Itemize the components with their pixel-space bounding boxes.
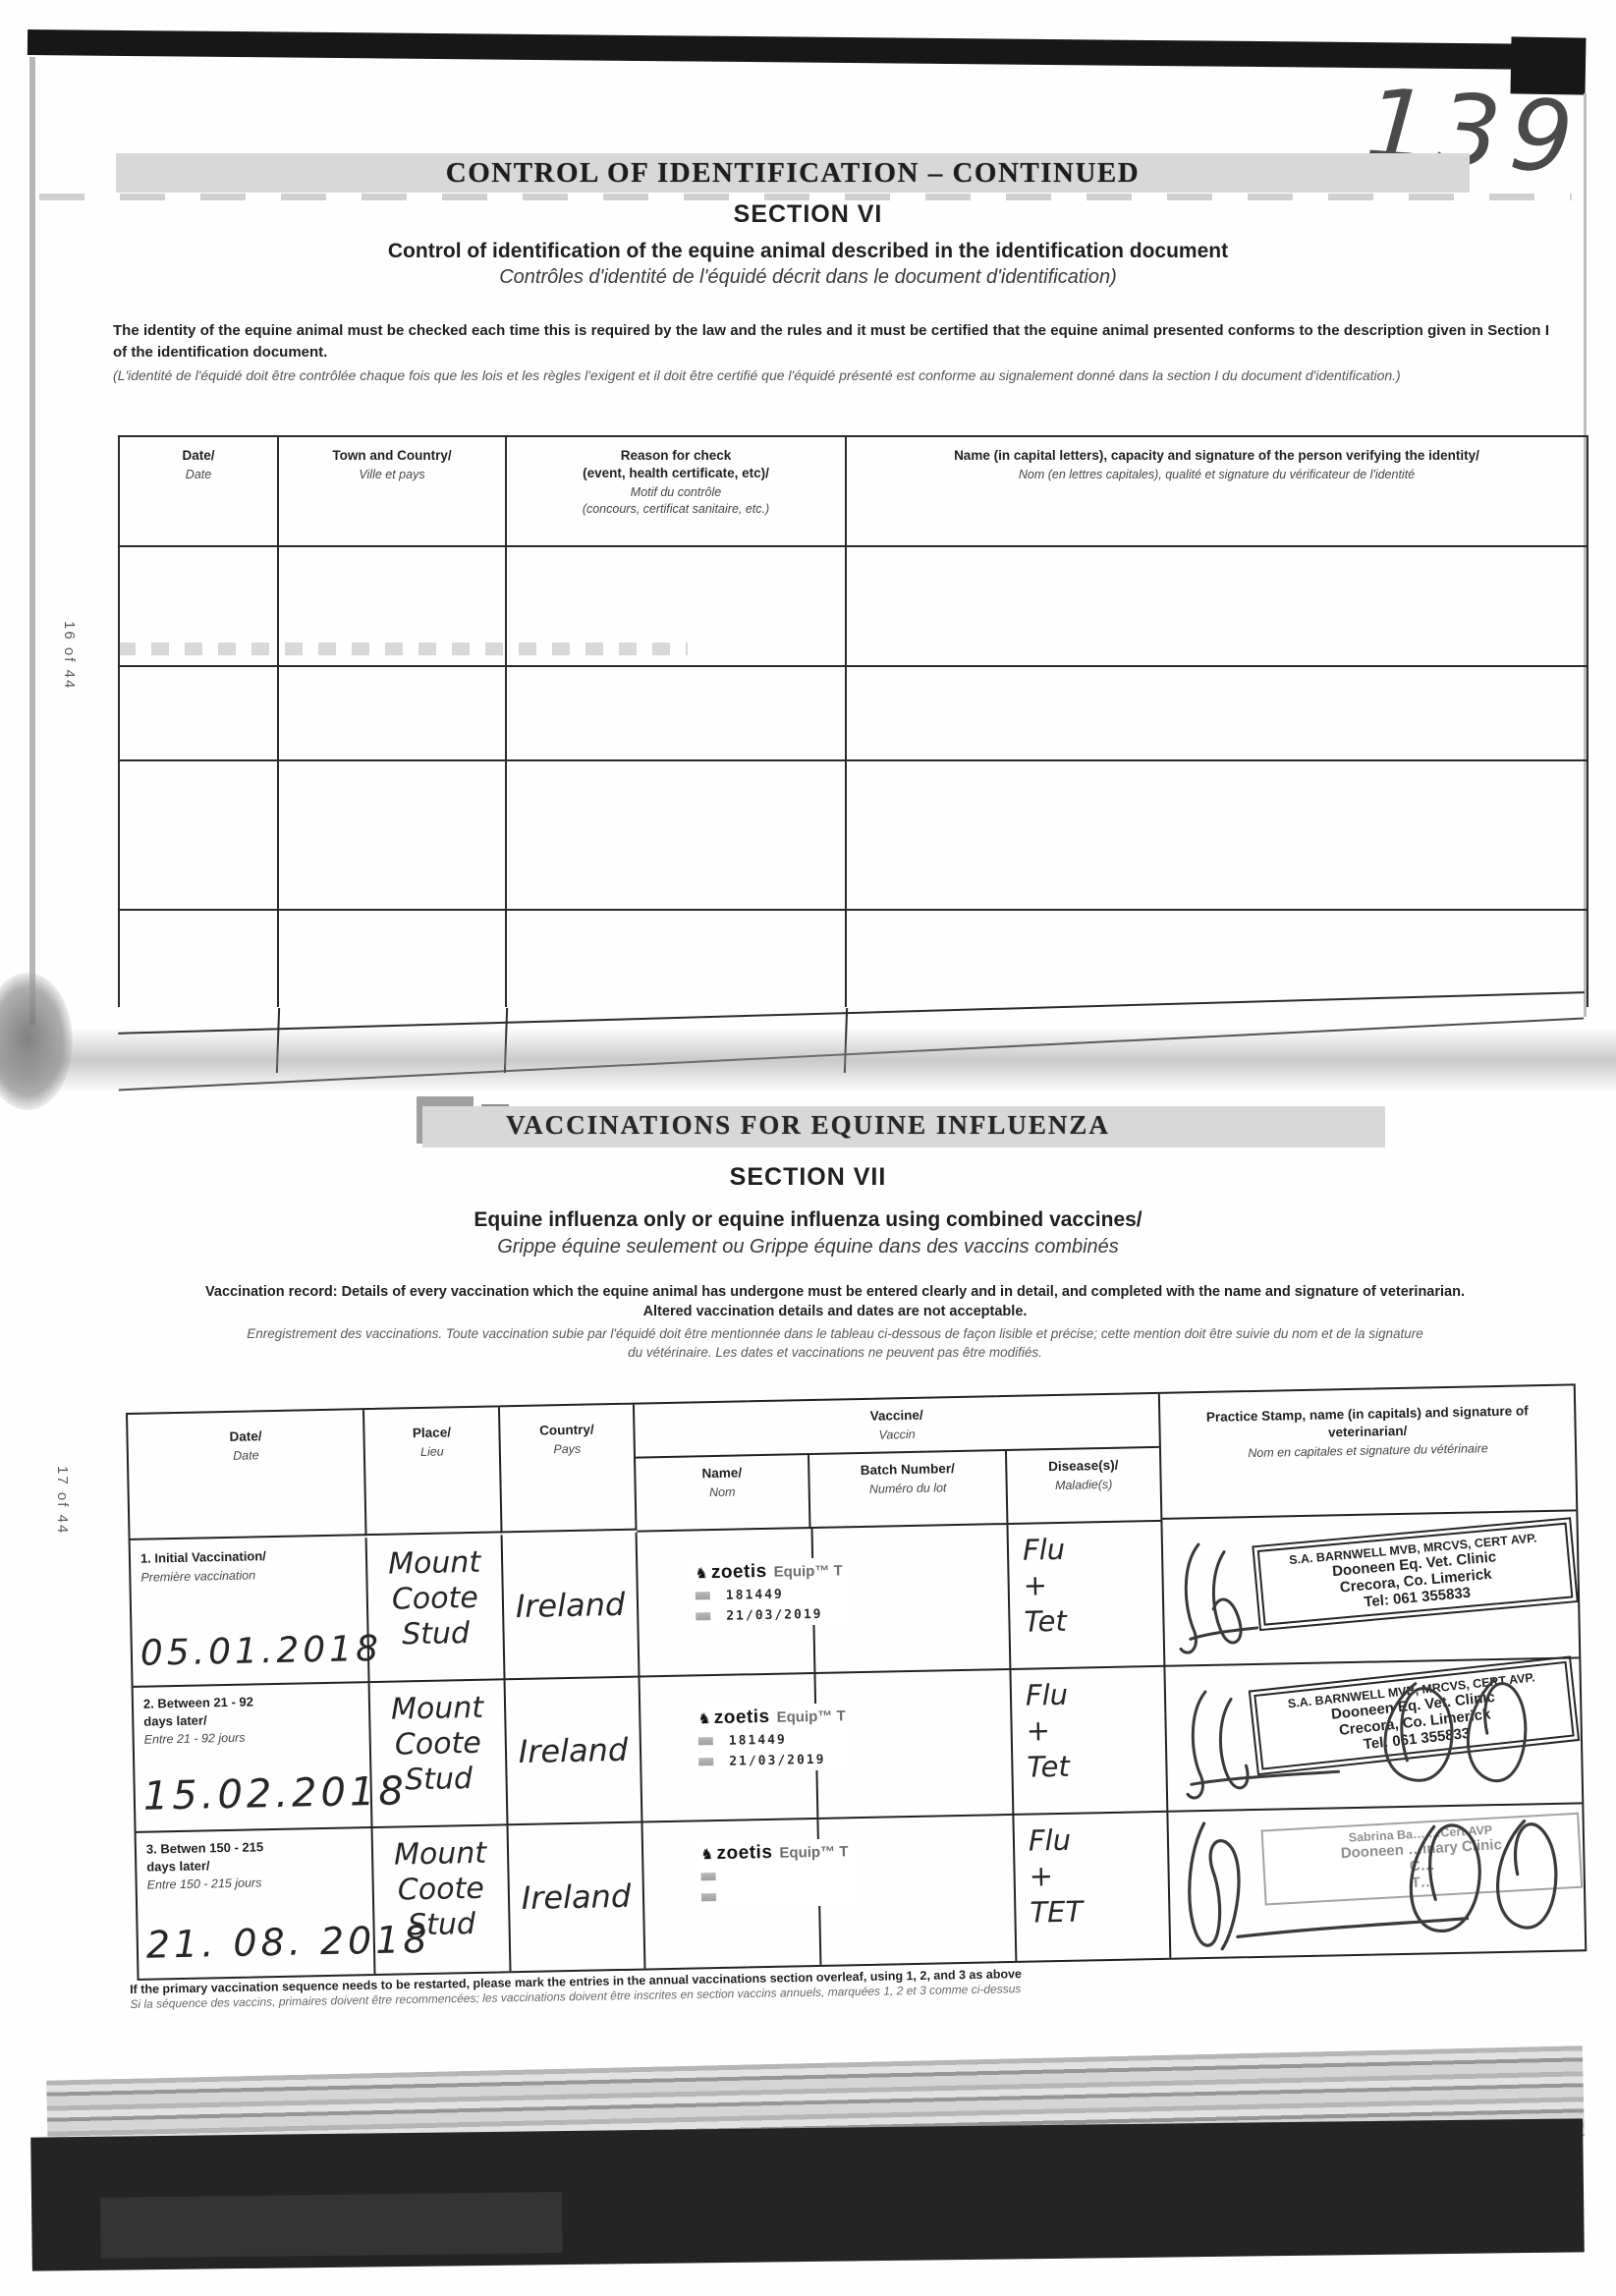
vac-header-stamp: Practice Stamp, name (in capitals) and s… [1160, 1385, 1576, 1519]
header-date-en: Date/ [128, 447, 269, 465]
section-vi-title-en: Control of identification of the equine … [0, 240, 1616, 263]
batch-code-mark [698, 1737, 713, 1745]
vac-header-country: Country/ Pays [500, 1405, 638, 1534]
row3-disease-cell: Flu + TET [1014, 1813, 1171, 1961]
empty-row [120, 911, 1587, 1007]
section-vi-banner-text: CONTROL OF IDENTIFICATION – CONTINUED [446, 157, 1140, 189]
row2-vaccine-cell: ♞zoetisEquip™ T 181449 21/03/2019 [641, 1670, 1015, 1823]
row1-stamp-cell: S.A. BARNWELL MVB, MRCVS, CERT AVP. Doon… [1162, 1513, 1579, 1666]
row2-vaccine-sticker: ♞zoetisEquip™ T 181449 21/03/2019 [692, 1703, 853, 1772]
header-town-en: Town and Country/ [287, 447, 497, 465]
header-town-fr: Ville et pays [287, 467, 497, 482]
vaccination-note-en-2: Altered vaccination details and dates ar… [108, 1302, 1562, 1321]
scan-dark-base [30, 2118, 1585, 2270]
expiry-code-mark [696, 1612, 710, 1620]
row2-batch-number: 181449 [729, 1733, 787, 1749]
vac-header-name: Name/ Nom [636, 1455, 810, 1531]
zoetis-logo-icon: ♞ [700, 1846, 714, 1863]
row1-handwritten-country: Ireland [503, 1533, 639, 1679]
row1-handwritten-date: 05.01.2018 [140, 1629, 383, 1674]
row2-country-cell: Ireland [506, 1678, 643, 1826]
row1-place-cell: Mount Coote Stud [367, 1535, 506, 1683]
row1-label-en: 1. Initial Vaccination/ [140, 1545, 360, 1567]
batch-code-mark [696, 1592, 710, 1599]
row3-country-cell: Ireland [509, 1823, 646, 1972]
row1-vaccine-name: Equip™ T [774, 1562, 843, 1580]
section-vi-intro-fr: (L'identité de l'équidé doit être contrô… [113, 365, 1549, 385]
header-reason-en: Reason for check (event, health certific… [515, 447, 837, 482]
vaccination-note-en-1: Vaccination record: Details of every vac… [108, 1282, 1562, 1302]
scan-top-bar [28, 29, 1584, 70]
row3-label-fr: Entre 150 - 215 jours [146, 1873, 365, 1893]
row2-vet-signature [1170, 1670, 1586, 1810]
vac-header-batch: Batch Number/ Numéro du lot [809, 1451, 1008, 1527]
header-town-country: Town and Country/ Ville et pays [279, 437, 507, 547]
vaccination-row-2: 2. Between 21 - 92 days later/ Entre 21 … [134, 1658, 1583, 1833]
row1-date-cell: 1. Initial Vaccination/ Première vaccina… [131, 1538, 370, 1688]
row2-label-en: 2. Between 21 - 92 days later/ [143, 1691, 363, 1730]
page-count-label-top: 16 of 44 [61, 621, 78, 690]
row1-country-cell: Ireland [503, 1533, 641, 1681]
vaccination-table: Date/ Date Place/ Lieu Country/ Pays Vac… [126, 1383, 1587, 1981]
vac-header-date-fr: Date [129, 1445, 363, 1466]
page-count-label-bottom: 17 of 44 [54, 1466, 71, 1535]
row3-handwritten-country: Ireland [509, 1823, 644, 1972]
section-vi-title-fr: Contrôles d'identité de l'équidé décrit … [0, 266, 1616, 289]
section-vii-label: SECTION VII [0, 1163, 1616, 1192]
row2-vaccine-name: Equip™ T [777, 1708, 846, 1725]
row2-handwritten-country: Ireland [506, 1678, 641, 1824]
header-reason: Reason for check (event, health certific… [507, 437, 847, 547]
vaccination-note: Vaccination record: Details of every vac… [108, 1282, 1562, 1363]
row1-expiry-date: 21/03/2019 [726, 1607, 823, 1624]
vaccination-note-fr-1: Enregistrement des vaccinations. Toute v… [108, 1324, 1562, 1344]
empty-row [120, 761, 1587, 911]
row2-label-fr: Entre 21 - 92 jours [144, 1727, 363, 1748]
row3-stamp-cell: Sabrina Ba… …Cert AVP Dooneen …inary Cli… [1168, 1804, 1585, 1957]
section-vi-intro-en: The identity of the equine animal must b… [113, 320, 1549, 364]
header-verifier-en: Name (in capital letters), capacity and … [855, 447, 1579, 465]
vac-header-date-en: Date/ [128, 1426, 362, 1448]
vac-header-name-en: Name/ [636, 1463, 808, 1484]
row1-batch-number: 181449 [726, 1588, 784, 1603]
row3-label-en: 3. Betwen 150 - 215 days later/ [146, 1836, 366, 1876]
vac-header-batch-fr: Numéro du lot [810, 1479, 1006, 1498]
row2-date-cell: 2. Between 21 - 92 days later/ Entre 21 … [134, 1683, 373, 1833]
header-date-fr: Date [128, 467, 269, 482]
row3-vaccine-sticker: ♞zoetisEquip™ T [695, 1838, 856, 1908]
row2-vaccine-brand: zoetis [714, 1707, 770, 1728]
scanned-passport-page: 139 CONTROL OF IDENTIFICATION – CONTINUE… [0, 0, 1616, 2296]
row2-handwritten-place: Mount Coote Stud [370, 1680, 506, 1799]
banner-dash-artifact [39, 194, 1572, 200]
row1-handwritten-disease: Flu + Tet [1008, 1522, 1162, 1640]
section-vii-banner-text: VACCINATIONS FOR EQUINE INFLUENZA [0, 1110, 1616, 1141]
row2-disease-cell: Flu + Tet [1011, 1667, 1168, 1816]
row2-handwritten-date: 15.02.2018 [142, 1768, 408, 1819]
row1-vaccine-sticker: ♞zoetisEquip™ T 181449 21/03/2019 [689, 1557, 850, 1627]
zoetis-logo-icon: ♞ [697, 1710, 711, 1727]
vac-header-vaccine-group: Vaccine/ Vaccin Name/ Nom Batch Number/ … [635, 1394, 1163, 1533]
vac-header-disease: Disease(s)/ Maladie(s) [1007, 1448, 1160, 1523]
row1-label-fr: Première vaccination [140, 1565, 360, 1586]
row3-date-cell: 3. Betwen 150 - 215 days later/ Entre 15… [137, 1828, 376, 1979]
vaccination-note-fr-2: du vétérinaire. Les dates et vaccination… [108, 1343, 1562, 1363]
identification-table-header: Date/ Date Town and Country/ Ville et pa… [120, 437, 1587, 547]
scan-dark-base-highlight [100, 2192, 563, 2259]
expiry-code-mark [698, 1758, 713, 1765]
row2-expiry-date: 21/03/2019 [729, 1753, 826, 1769]
batch-code-mark [701, 1873, 716, 1880]
header-reason-fr: Motif du contrôle (concours, certificat … [515, 484, 837, 517]
vac-header-name-fr: Nom [637, 1483, 808, 1502]
vac-header-batch-en: Batch Number/ [809, 1459, 1005, 1481]
identification-check-table: Date/ Date Town and Country/ Ville et pa… [118, 435, 1588, 1007]
row2-place-cell: Mount Coote Stud [370, 1680, 509, 1828]
row2-stamp-cell: S.A. BARNWELL MVB, MRCVS, CERT AVP. Doon… [1165, 1658, 1582, 1812]
vac-header-date: Date/ Date [128, 1410, 367, 1540]
vac-header-place-fr: Lieu [365, 1443, 499, 1462]
page-fold-shadow [0, 1028, 1616, 1092]
row3-vet-signature [1170, 1806, 1584, 1957]
row3-vaccine-brand: zoetis [716, 1842, 772, 1864]
section-vi-banner: CONTROL OF IDENTIFICATION – CONTINUED [116, 153, 1470, 193]
row1-vet-signature [1169, 1536, 1262, 1661]
vac-header-disease-en: Disease(s)/ [1007, 1456, 1159, 1477]
row3-handwritten-place: Mount Coote Stud [373, 1825, 509, 1944]
empty-row [120, 547, 1587, 667]
section-vii-subtitle-en: Equine influenza only or equine influenz… [0, 1208, 1616, 1232]
vac-header-place-en: Place/ [364, 1423, 498, 1443]
row1-vaccine-brand: zoetis [711, 1561, 767, 1583]
vac-header-disease-fr: Maladie(s) [1008, 1476, 1160, 1494]
row2-handwritten-disease: Flu + Tet [1011, 1667, 1165, 1785]
row3-place-cell: Mount Coote Stud [373, 1825, 512, 1974]
vaccination-row-1: 1. Initial Vaccination/ Première vaccina… [131, 1513, 1580, 1688]
empty-row [120, 667, 1587, 761]
row1-disease-cell: Flu + Tet [1008, 1522, 1165, 1670]
row3-vaccine-name: Equip™ T [779, 1843, 848, 1861]
row1-practice-stamp: S.A. BARNWELL MVB, MRCVS, CERT AVP. Doon… [1257, 1523, 1574, 1626]
header-verifier-fr: Nom (en lettres capitales), qualité et s… [855, 467, 1579, 482]
row1-vaccine-cell: ♞zoetisEquip™ T 181449 21/03/2019 [638, 1525, 1012, 1678]
vaccination-row-3: 3. Betwen 150 - 215 days later/ Entre 15… [137, 1804, 1586, 1979]
vac-header-country-en: Country/ [500, 1421, 633, 1441]
header-date: Date/ Date [120, 437, 279, 547]
section-vi-intro: The identity of the equine animal must b… [113, 320, 1549, 385]
vac-header-country-fr: Pays [501, 1440, 634, 1459]
header-verifier-name: Name (in capital letters), capacity and … [847, 437, 1587, 547]
vac-header-stamp-en: Practice Stamp, name (in capitals) and s… [1160, 1401, 1575, 1445]
section-vi-label: SECTION VI [0, 200, 1616, 229]
row3-handwritten-disease: Flu + TET [1014, 1813, 1168, 1931]
row1-handwritten-place: Mount Coote Stud [367, 1535, 503, 1653]
expiry-code-mark [701, 1893, 716, 1901]
zoetis-logo-icon: ♞ [695, 1565, 708, 1582]
row3-vaccine-cell: ♞zoetisEquip™ T [642, 1816, 1017, 1969]
vac-header-place: Place/ Lieu [364, 1407, 503, 1536]
section-vii-subtitle-fr: Grippe équine seulement ou Grippe équine… [0, 1236, 1616, 1259]
